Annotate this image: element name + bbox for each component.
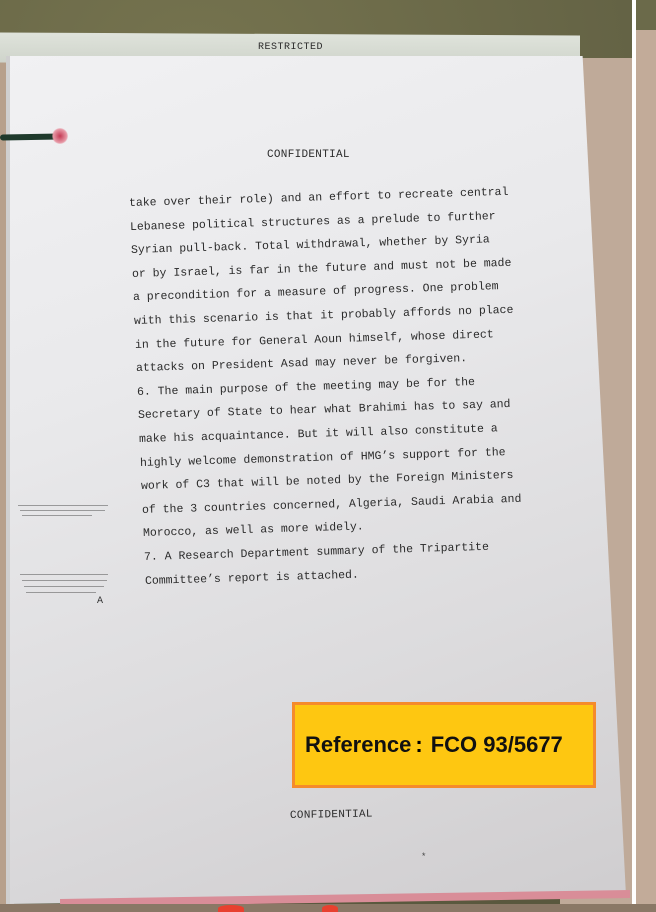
footer-classification: CONFIDENTIAL xyxy=(290,809,373,822)
red-object xyxy=(218,905,244,912)
margin-scribble xyxy=(18,505,108,506)
footer-mark: * xyxy=(421,852,426,862)
margin-scribble xyxy=(22,580,107,581)
reference-value: FCO 93/5677 xyxy=(431,732,563,758)
margin-scribble xyxy=(24,586,104,587)
reference-label-box: Reference : FCO 93/5677 xyxy=(292,702,596,788)
reference-label: Reference xyxy=(305,732,411,758)
folder-cover-far-right xyxy=(636,0,656,912)
page-edge xyxy=(6,56,10,904)
red-object xyxy=(322,905,338,912)
header-classification: CONFIDENTIAL xyxy=(267,149,350,161)
margin-scribble xyxy=(20,510,105,511)
reference-colon: : xyxy=(415,732,422,758)
punch-hole-icon xyxy=(52,128,68,144)
restricted-marking: RESTRICTED xyxy=(258,42,323,53)
margin-scribble xyxy=(26,592,96,593)
margin-scribble xyxy=(22,515,92,516)
margin-scribble xyxy=(20,574,108,575)
margin-annotation: A xyxy=(97,596,103,607)
